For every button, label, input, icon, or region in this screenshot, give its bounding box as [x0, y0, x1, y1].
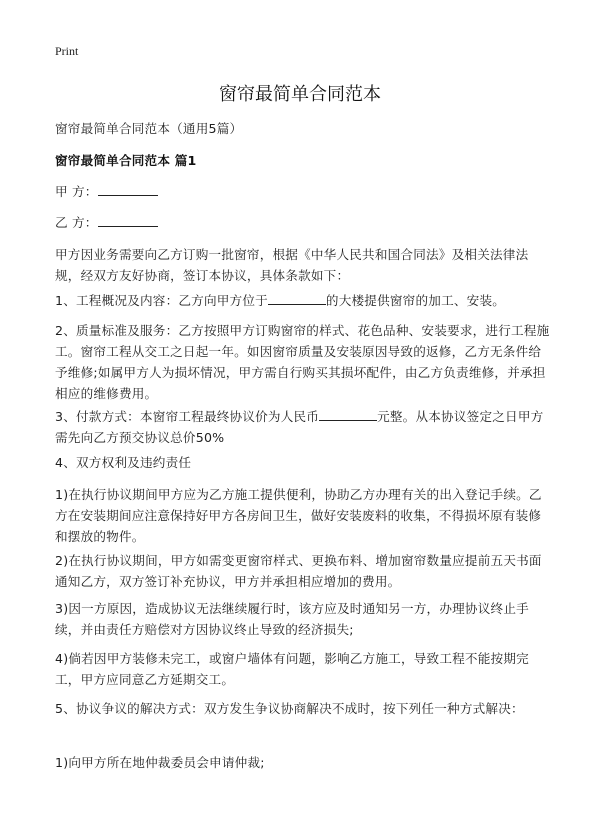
section-heading: 窗帘最简单合同范本 篇1 [55, 150, 550, 171]
clause-4-item: 3)因一方原因，造成协议无法继续履行时，该方应及时通知另一方，办理协议终止手续，… [55, 598, 550, 640]
intro-paragraph: 甲方因业务需要向乙方订购一批窗帘，根据《中华人民共和国合同法》及相关法律法规，经… [55, 244, 550, 286]
clause-1: 1、工程概况及内容：乙方向甲方位于的大楼提供窗帘的加工、安装。 [55, 290, 550, 311]
clause-3-blank [319, 408, 377, 421]
clause-4-heading: 4、双方权利及违约责任 [55, 452, 550, 473]
clause-4-item: 1)在执行协议期间甲方应为乙方施工提供便利，协助乙方办理有关的出入登记手续。乙方… [55, 484, 550, 547]
clause-2: 2、质量标准及服务：乙方按照甲方订购窗帘的样式、花色品种、安装要求，进行工程施工… [55, 320, 550, 404]
party-b-label: 乙 方： [55, 215, 98, 230]
clause-1-text: 1、工程概况及内容：乙方向甲方位于 [55, 293, 268, 308]
document-subtitle: 窗帘最简单合同范本（通用5篇） [55, 118, 550, 139]
party-a-blank [98, 183, 158, 196]
party-b-blank [98, 214, 158, 227]
clause-5-heading: 5、协议争议的解决方式：双方发生争议协商解决不成时，按下列任一种方式解决： [55, 698, 550, 719]
document-page: Print 窗帘最简单合同范本 窗帘最简单合同范本（通用5篇） 窗帘最简单合同范… [0, 0, 600, 828]
party-b-line: 乙 方： [55, 212, 550, 233]
clause-1-blank [268, 292, 326, 305]
clause-4-item: 2)在执行协议期间，甲方如需变更窗帘样式、更换布料、增加窗帘数量应提前五天书面通… [55, 550, 550, 592]
party-a-label: 甲 方： [55, 184, 98, 199]
clause-3-text: 3、付款方式：本窗帘工程最终协议价为人民币 [55, 409, 319, 424]
page-title: 窗帘最简单合同范本 [0, 80, 600, 106]
clause-4-item: 4)倘若因甲方装修未完工，或窗户墙体有问题，影响乙方施工，导致工程不能按期完工，… [55, 648, 550, 690]
clause-5-item: 1)向甲方所在地仲裁委员会申请仲裁; [55, 752, 550, 773]
print-link[interactable]: Print [55, 44, 78, 59]
clause-1-text-end: 的大楼提供窗帘的加工、安装。 [326, 293, 505, 308]
clause-3: 3、付款方式：本窗帘工程最终协议价为人民币元整。从本协议签定之日甲方需先向乙方预… [55, 406, 550, 448]
party-a-line: 甲 方： [55, 181, 550, 202]
